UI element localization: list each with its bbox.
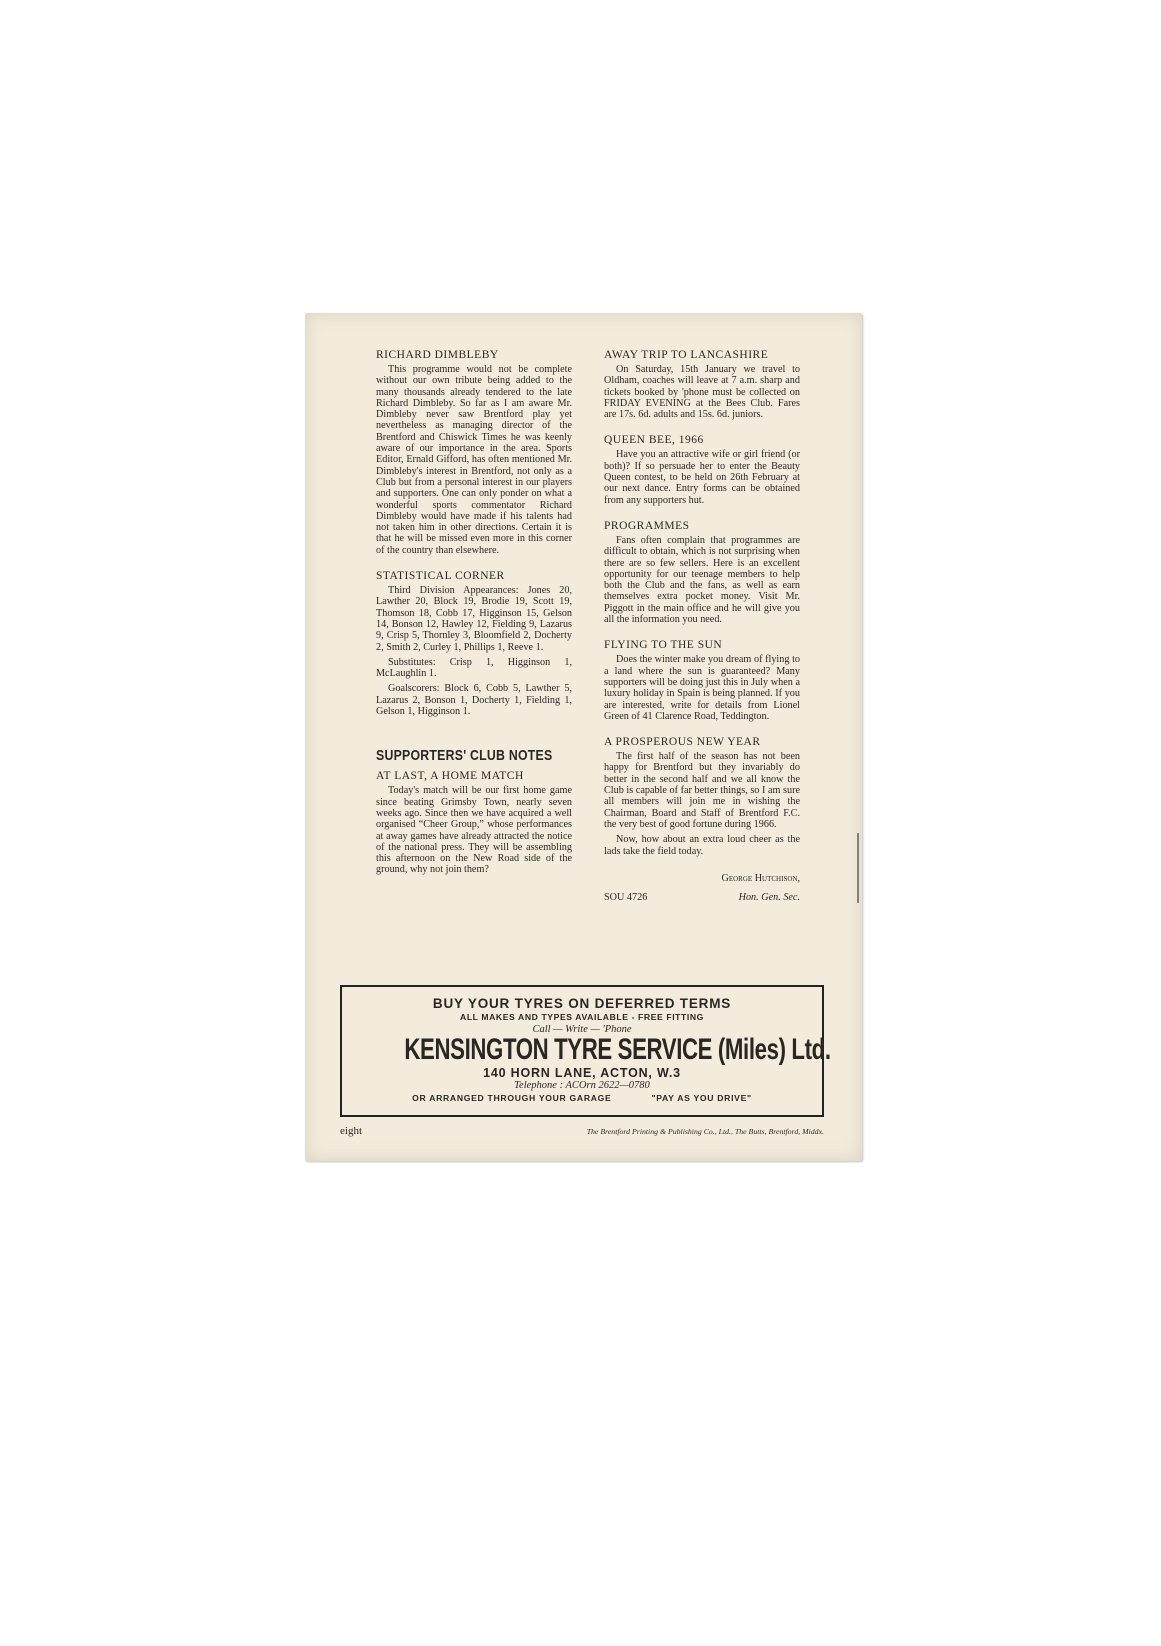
article-flying-to-the-sun: FLYING TO THE SUN Does the winter make y…	[604, 639, 800, 722]
article-heading: FLYING TO THE SUN	[604, 639, 800, 652]
left-column: RICHARD DIMBLEBY This programme would no…	[376, 349, 572, 890]
article-programmes: PROGRAMMES Fans often complain that prog…	[604, 520, 800, 625]
ad-company-name: KENSINGTON TYRE SERVICE (Miles) Ltd.	[404, 1035, 759, 1065]
right-column: AWAY TRIP TO LANCASHIRE On Saturday, 15t…	[604, 349, 800, 917]
article-heading: PROGRAMMES	[604, 520, 800, 533]
signature-name: George Hutchison,	[604, 873, 800, 884]
article-paragraph: Third Division Appearances: Jones 20, La…	[376, 585, 572, 653]
printer-credit: The Brentford Printing & Publishing Co.,…	[587, 1127, 824, 1136]
article-home-match: AT LAST, A HOME MATCH Today's match will…	[376, 770, 572, 875]
article-new-year: A PROSPEROUS NEW YEAR The first half of …	[604, 736, 800, 903]
signature-line: SOU 4726 Hon. Gen. Sec.	[604, 892, 800, 903]
article-paragraph: On Saturday, 15th January we travel to O…	[604, 364, 800, 420]
article-paragraph: Goalscorers: Block 6, Cobb 5, Lawther 5,…	[376, 683, 572, 717]
article-heading: STATISTICAL CORNER	[376, 570, 572, 583]
signature-title: Hon. Gen. Sec.	[739, 892, 800, 903]
article-heading: AWAY TRIP TO LANCASHIRE	[604, 349, 800, 362]
article-heading: AT LAST, A HOME MATCH	[376, 770, 572, 783]
article-heading: A PROSPEROUS NEW YEAR	[604, 736, 800, 749]
article-paragraph: Now, how about an extra loud cheer as th…	[604, 834, 800, 857]
page-number: eight	[340, 1125, 362, 1137]
article-paragraph: Today's match will be our first home gam…	[376, 785, 572, 875]
ad-bottom-line: OR ARRANGED THROUGH YOUR GARAGE "PAY AS …	[342, 1093, 822, 1103]
article-paragraph: Have you an attractive wife or girl frie…	[604, 449, 800, 505]
article-heading: QUEEN BEE, 1966	[604, 434, 800, 447]
phone-number: SOU 4726	[604, 892, 647, 903]
ad-slogan: "PAY AS YOU DRIVE"	[651, 1093, 751, 1103]
article-paragraph: Substitutes: Crisp 1, Higginson 1, McLau…	[376, 657, 572, 680]
article-richard-dimbleby: RICHARD DIMBLEBY This programme would no…	[376, 349, 572, 556]
article-paragraph: Does the winter make you dream of flying…	[604, 654, 800, 722]
page-footer: eight The Brentford Printing & Publishin…	[340, 1125, 824, 1137]
ad-garage-note: OR ARRANGED THROUGH YOUR GARAGE	[412, 1093, 611, 1103]
tyre-advertisement: BUY YOUR TYRES ON DEFERRED TERMS ALL MAK…	[340, 985, 824, 1117]
article-statistical-corner: STATISTICAL CORNER Third Division Appear…	[376, 570, 572, 717]
ad-subline: ALL MAKES AND TYPES AVAILABLE - FREE FIT…	[342, 1012, 822, 1022]
ad-headline: BUY YOUR TYRES ON DEFERRED TERMS	[342, 996, 822, 1011]
programme-page: RICHARD DIMBLEBY This programme would no…	[305, 313, 862, 1161]
article-queen-bee: QUEEN BEE, 1966 Have you an attractive w…	[604, 434, 800, 505]
article-heading: RICHARD DIMBLEBY	[376, 349, 572, 362]
article-away-trip: AWAY TRIP TO LANCASHIRE On Saturday, 15t…	[604, 349, 800, 420]
ad-address: 140 HORN LANE, ACTON, W.3	[342, 1066, 822, 1080]
article-paragraph: This programme would not be complete wit…	[376, 364, 572, 556]
ad-telephone: Telephone : ACOrn 2622—0780	[342, 1080, 822, 1091]
section-title: SUPPORTERS' CLUB NOTES	[376, 747, 537, 764]
article-paragraph: Fans often complain that programmes are …	[604, 535, 800, 625]
article-paragraph: The first half of the season has not bee…	[604, 751, 800, 830]
